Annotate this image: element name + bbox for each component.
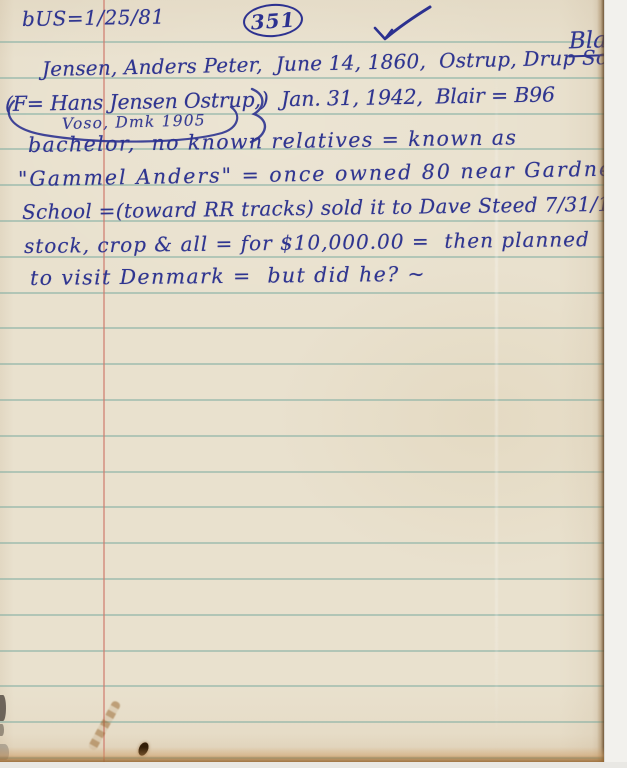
handwriting-line-5: "Gammel Anders" = once owned 80 near Gar…: [18, 157, 625, 191]
ruled-line: [0, 542, 604, 544]
paper-right-edge: [597, 0, 604, 762]
edge-smudge: [0, 724, 4, 736]
ruled-line: [0, 506, 604, 508]
edge-smudge: [0, 695, 6, 721]
ruled-line: [0, 399, 604, 401]
ruled-line: [0, 471, 604, 473]
ruled-line: [0, 614, 604, 616]
ruled-line: [0, 721, 604, 723]
scanned-page: bUS=1/25/81 351 Blair Jensen, Anders Pet…: [0, 0, 627, 768]
checkmark-icon: [362, 2, 438, 50]
scanner-background-right: [604, 0, 627, 768]
notebook-paper: bUS=1/25/81 351 Blair Jensen, Anders Pet…: [0, 0, 604, 762]
ruled-line: [0, 435, 604, 437]
handwriting-line-8: to visit Denmark = but did he? ~: [30, 263, 426, 291]
handwriting-line-4: bachelor, no known relatives = known as: [28, 126, 518, 157]
page-number: 351: [250, 7, 296, 34]
ruled-line: [0, 292, 604, 294]
page-number-circle: 351: [242, 2, 304, 39]
ruled-line: [0, 41, 604, 43]
handwriting-line-2: (F= Hans Jensen Ostrup,) Jan. 31, 1942, …: [5, 83, 555, 116]
ruled-line: [0, 685, 604, 687]
date-code: bUS=1/25/81: [22, 5, 165, 31]
ruled-line: [0, 363, 604, 365]
paper-bottom-edge: [0, 747, 604, 762]
ruled-line: [0, 650, 604, 652]
ruled-line: [0, 578, 604, 580]
scanner-background-bottom: [0, 762, 627, 768]
handwriting-line-7: stock, crop & all = for $10,000.00 = the…: [24, 228, 590, 258]
ruled-line: [0, 327, 604, 329]
